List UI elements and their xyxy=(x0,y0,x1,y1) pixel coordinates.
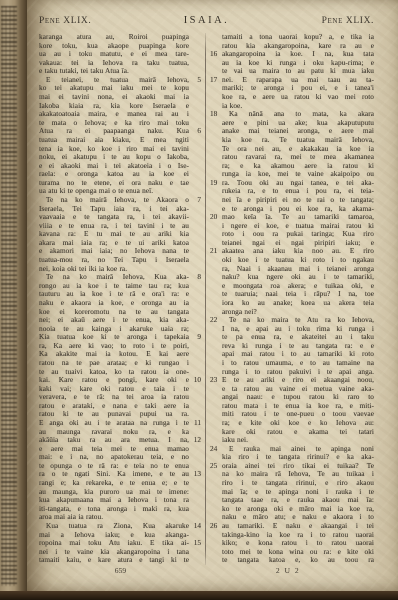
text-line: 22Te na ko maira te Atu ra ko Iehova, xyxy=(209,316,374,325)
text-line: au maunga ravarai noku ra, e ka xyxy=(39,428,202,437)
text-line: Iseraela, Tei Tapu iaia ra, i tei aka- xyxy=(39,205,202,214)
verse-number xyxy=(189,308,202,317)
verse-text: ratou kia akangaropoina, kare ra au e xyxy=(222,42,374,51)
text-line: ratou ki te au punavai pupui ua ra. xyxy=(39,410,202,419)
verse-number xyxy=(189,93,202,102)
verse-text: aere e pini ua ake; kua akaputuputu xyxy=(222,119,374,128)
verse-number xyxy=(189,410,202,419)
verse-number xyxy=(189,316,202,325)
text-line: e ei akaoki mai i tei akatoeia i o Ise- xyxy=(39,162,202,171)
text-line: vakaua: tei ia Iehova ra taku tuatua, xyxy=(39,59,202,68)
text-line: Te na ko mairā Iehova, Kua aka-8 xyxy=(39,273,202,282)
verse-number: 8 xyxy=(189,273,202,282)
verse-number xyxy=(189,102,202,111)
verse-text: aroa mai aia ia ratou. xyxy=(39,513,189,522)
verse-number xyxy=(209,436,222,445)
verse-text: kore toku, kua akaope puapinga kore xyxy=(39,42,189,51)
verse-text: ropoina mai toku Atu iaku. E tika ai- xyxy=(39,539,189,548)
verse-number xyxy=(189,445,202,454)
printer-signature: 2 U 2 xyxy=(202,566,374,575)
verse-number: 7 xyxy=(189,196,202,205)
text-line: kua akapumaana mai a Iehova i tona ra xyxy=(39,496,202,505)
verse-number xyxy=(209,342,222,351)
verse-text: nei, koia oki tei iki ia koe ra. xyxy=(39,265,189,274)
verse-number xyxy=(189,325,202,334)
verse-text: turama no te etene, ei ora naku e tae xyxy=(39,179,189,188)
verse-number xyxy=(189,205,202,214)
verse-text: kavana ra: E tu mai te au ariki kia xyxy=(39,230,189,239)
verse-number xyxy=(189,222,202,231)
verse-number: 11 xyxy=(189,419,202,428)
verse-number: 26 xyxy=(209,522,222,531)
verse-text: noku, ei akatupu i te au kopu o Iakoba, xyxy=(39,153,189,162)
text-line: ropoina mai toku Atu iaku. E tika ai-15 xyxy=(39,539,202,548)
verse-text: Iseraela, Tei Tapu iaia ra, i tei aka- xyxy=(39,205,189,214)
running-head-right: Pene XLIX. xyxy=(229,16,374,26)
text-line: ko te aronga oki e māro mai ia koe ra, xyxy=(209,505,374,514)
left-column: karanga atura au, Roiroi puapingakore to… xyxy=(39,33,202,565)
text-line: raela: e oronga katoa au ia koe ei xyxy=(39,170,202,179)
verse-number xyxy=(189,162,202,171)
text-line: mai īa; e te apinga noni i rauka i te xyxy=(209,488,374,497)
text-line: aroa mai aia ia ratou. xyxy=(39,513,202,522)
verse-text: nei īa e piripiri ei no te rai o te tang… xyxy=(222,196,374,205)
text-line: ratou na te pae arataa; e ki rungao i xyxy=(39,359,202,368)
verse-text: Te na ko mairā Iehova, te Akaora o xyxy=(39,196,189,205)
verse-number xyxy=(189,531,202,540)
verse-number xyxy=(209,299,222,308)
verse-number xyxy=(189,393,202,402)
text-line: kiko; e kona ratou i to ratou uaorai xyxy=(209,539,374,548)
text-line: te tuaruia; naai teia i rāpu? I na, toe xyxy=(209,290,374,299)
text-line: koe ei koreromotu na te au tangata xyxy=(39,308,202,317)
text-line: ra; e kite oki koe e ko Iehova au: xyxy=(209,419,374,428)
text-line: iti-tangata, e tona aronga i maki ra, ku… xyxy=(39,505,202,514)
text-line: nei īa e piripiri ei no te rai o te tang… xyxy=(209,196,374,205)
verse-text: koe ei koreromotu na te au tangata xyxy=(39,308,189,317)
text-line: ia koe. xyxy=(209,102,374,111)
verse-number xyxy=(189,119,202,128)
verse-text: tuatua-mou ra, no Tei Tapu i Iseraela xyxy=(39,256,189,265)
verse-text: ratou ki te au punavai pupui ua ra. xyxy=(39,410,189,419)
text-line: anake mai teianei aronga, e aere mai xyxy=(209,127,374,136)
verse-number xyxy=(189,385,202,394)
verse-number xyxy=(209,145,222,154)
verse-number xyxy=(189,110,202,119)
verse-text: nei i te vaine kia akangaropoina i tana xyxy=(39,548,189,557)
verse-number xyxy=(209,256,222,265)
verse-text: te vai ua maira to au patu ki mua iaku xyxy=(222,67,374,76)
running-head-title: ISAIA. xyxy=(184,15,230,26)
verse-text: kai. Kare ratou e pongi, kare oki e xyxy=(39,376,189,385)
verse-text: iora ko au anake; koea ua akera teia xyxy=(222,299,374,308)
text-line: veravera, e te rā: na tei aroa ia ratou xyxy=(39,393,202,402)
verse-text: oraia ainei tei riro tikai ei tuikaa? Te xyxy=(222,462,374,471)
verse-text: ra, Naai i akaanau mai i teianei aronga xyxy=(222,265,374,274)
text-line: riro i te tangata ririnui, e riro akaou xyxy=(209,479,374,488)
verse-text: anake mai teianei aronga, e aere mai xyxy=(222,127,374,136)
verse-text: iaku nei. xyxy=(222,436,374,445)
verse-number: 6 xyxy=(189,127,202,136)
text-line: te tangata katoa e, ko au toou ra xyxy=(209,556,374,565)
verse-number xyxy=(189,136,202,145)
verse-text: au maunga ravarai noku ra, e ka xyxy=(39,428,189,437)
verse-number xyxy=(189,496,202,505)
verse-number xyxy=(209,350,222,359)
verse-text: I na, e apai au i toku rima ki runga i xyxy=(222,325,374,334)
text-line: akakatoatoaia maira, e manea rai au i xyxy=(39,110,202,119)
verse-number xyxy=(209,488,222,497)
verse-text: naku e māro atu; e naku e akaora i to xyxy=(222,513,374,522)
text-line: angai naau: e tupou ratou ki raro to xyxy=(209,393,374,402)
verse-number xyxy=(209,273,222,282)
verse-number xyxy=(209,239,222,248)
verse-text: vakaua: tei ia Iehova ra taku tuatua, xyxy=(39,59,189,68)
verse-number xyxy=(189,50,202,59)
verse-number xyxy=(189,548,202,557)
verse-number: 13 xyxy=(189,470,202,479)
text-line: reva ki runga i te au tangata ra: e e xyxy=(209,342,374,351)
verse-number xyxy=(209,136,222,145)
verse-text: ko tei akatupu mai iaku mei te kopu xyxy=(39,84,189,93)
verse-number xyxy=(209,333,222,342)
text-line: viiia e te enua ra, i tei tavini i te au xyxy=(39,222,202,231)
verse-text: rongo au ia koe i te taime tau ra; kua xyxy=(39,282,189,291)
verse-number xyxy=(209,67,222,76)
verse-text: ratou na te pae arataa; e ki rungao i xyxy=(39,359,189,368)
text-line: apai mai ratou i to au tamariki ki roto xyxy=(209,350,374,359)
verse-number: 5 xyxy=(189,76,202,85)
verse-number xyxy=(189,179,202,188)
verse-text: runga ia koe, mei te vaine akaipoipo ou xyxy=(222,170,374,179)
verse-number xyxy=(209,222,222,231)
verse-number xyxy=(209,205,222,214)
verse-text: mariki; te aronga i pou ei, e i tanea'i xyxy=(222,84,374,93)
verse-number xyxy=(189,239,202,248)
verse-number xyxy=(209,470,222,479)
verse-text: runga i to ratou pakuivi i te apai anga. xyxy=(222,368,374,377)
text-line: 16akangaropoina ia koe. I na, kua tata xyxy=(209,50,374,59)
verse-text: miti ratou i te one-pueu o toou vaevae xyxy=(222,410,374,419)
verse-text: akara mai iaia ra; e te ui ariki katoa xyxy=(39,239,189,248)
verse-number: 18 xyxy=(209,110,222,119)
text-line: aronga nei? xyxy=(209,308,374,317)
text-line: mai: e i na, no apatokerau teia, e no xyxy=(39,453,202,462)
verse-number xyxy=(209,308,222,317)
verse-text: rangi e; ka rekareka, e te enua e; e te xyxy=(39,479,189,488)
text-line: ratou ravarai ra, mei te mea akamanea xyxy=(209,153,374,162)
verse-text: roto i oou ra pukai taringa; Kua riro xyxy=(222,230,374,239)
verse-text: ratou ravarai ra, mei te mea akamanea xyxy=(222,153,374,162)
page-footer: 659 2 U 2 xyxy=(39,566,374,575)
verse-number xyxy=(189,67,202,76)
verse-text: e te aronga i pou ei koe ra, ka akama- xyxy=(222,205,374,214)
verse-number xyxy=(209,187,222,196)
verse-number xyxy=(209,230,222,239)
text-line: takinga-kino ia koe ra i to ratou uaorai xyxy=(209,531,374,540)
verse-text: ko te aronga oki e māro mai ia koe ra, xyxy=(222,505,374,514)
verse-number xyxy=(209,170,222,179)
verse-number xyxy=(209,548,222,557)
verse-text: i to ratou umauma, e to au tamaine na xyxy=(222,359,374,368)
verse-text: au maunga, kia puroro ua mai te imene: xyxy=(39,488,189,497)
text-line: kia riro i te tangata ririnui? e ka aka- xyxy=(209,453,374,462)
verse-number xyxy=(209,84,222,93)
verse-text: aronga nei? xyxy=(222,308,374,317)
text-line: ratou e arataki, e nana e taki aere ia xyxy=(39,402,202,411)
text-line: iaku nei. xyxy=(209,436,374,445)
verse-text: tamaiti a tona uaorai kopu? a, e tika ia xyxy=(222,33,374,42)
text-line: runga i to ratou pakuivi i te apai anga. xyxy=(209,368,374,377)
text-line: ra; e ka akamou aere ia ratou ki xyxy=(209,162,374,171)
verse-number xyxy=(209,428,222,437)
verse-number xyxy=(189,213,202,222)
verse-text: tamaiti kaiu, e kare atura e tangi ki te xyxy=(39,556,189,565)
verse-number xyxy=(209,42,222,51)
text-line: ra, Ka aere ki vao; to roto i te poiri, xyxy=(39,342,202,351)
text-line: kai. Kare ratou e pongi, kare oki e10 xyxy=(39,376,202,385)
verse-text: e aere mai teia mei te enua mamao xyxy=(39,445,189,454)
text-line: mariki; te aronga i pou ei, e i tanea'i xyxy=(209,84,374,93)
verse-text: i ngere ei koe, e tuatua mairai ratou ki xyxy=(222,222,374,231)
text-line: e te aronga i pou ei koe ra, ka akama- xyxy=(209,205,374,214)
verse-text: tuatua mairai aia kiaku, E mea ngiti xyxy=(39,136,189,145)
text-line: tena ia koe, ko koe i riro mai ei tavini xyxy=(39,145,202,154)
text-line: iora ko au anake; koea ua akera teia xyxy=(209,299,374,308)
text-line: turama no te etene, ei ora naku e tae xyxy=(39,179,202,188)
verse-number xyxy=(189,145,202,154)
book-page: Pene XLIX. ISAIA. Pene XLIX. karanga atu… xyxy=(27,0,398,592)
verse-number xyxy=(209,453,222,462)
verse-text: teianei ngai ei ngai piripiri iaku; e xyxy=(222,239,374,248)
verse-text: tena ia koe, ko koe i riro mai ei tavini xyxy=(39,145,189,154)
verse-text: ua atu ki te openga mai o te enua neī. xyxy=(39,187,189,196)
verse-text: Kua tuatua ra Ziona, Kua akaruke xyxy=(39,522,189,531)
text-line: mai ei tavini nona, ei akaoki mai ia xyxy=(39,93,202,102)
text-line: miti ratou i te one-pueu o toou vaevae xyxy=(209,410,374,419)
text-line: kare oki ratou e akama tei tatari xyxy=(209,428,374,437)
verse-number xyxy=(209,496,222,505)
verse-number xyxy=(189,153,202,162)
text-line: Ka akakite mai ia kotou. E kai aere xyxy=(39,350,202,359)
verse-number xyxy=(189,505,202,514)
facing-page-blurred-print xyxy=(1,6,17,586)
text-line: tuatua mairai aia kiaku, E mea ngiti xyxy=(39,136,202,145)
verse-number xyxy=(189,342,202,351)
verse-text: Te na ko mairā Iehova, Kua aka- xyxy=(39,273,189,282)
text-line: 18Ka nānā ana to mata, ka akara xyxy=(209,110,374,119)
verse-text: rukeia ra, e to enua i pou ra, ei teia- xyxy=(222,187,374,196)
verse-number xyxy=(189,488,202,497)
verse-text: E te au ariki e riro ei akaangai noou, xyxy=(222,376,374,385)
verse-number xyxy=(209,419,222,428)
text-line: nei; ei akaū aere i te enua, kia aka- xyxy=(39,316,202,325)
verse-number xyxy=(209,196,222,205)
verse-text: Te ora nei au, e akakakau ia koe ia xyxy=(222,145,374,154)
text-line: 24E rauka mai ainei te apinga noni xyxy=(209,445,374,454)
text-line: Atua ra ei paapaanga naku. Kua6 xyxy=(39,127,202,136)
verse-number xyxy=(209,479,222,488)
verse-text: Iakoba kiaia ra, kia kore Iseraela e xyxy=(39,102,189,111)
text-line: kavana ra: E tu mai te au ariki kia xyxy=(39,230,202,239)
verse-text: kaki vai; kare oki ratou e taia i te xyxy=(39,385,189,394)
column-divider xyxy=(205,33,206,565)
text-line: e taku tutaki, tei taku Atua īa. xyxy=(39,67,202,76)
text-line: ra, Naai i akaanau mai i teianei aronga xyxy=(209,265,374,274)
text-line: au maunga, kia puroro ua mai te imene: xyxy=(39,488,202,497)
text-line: ua au i toku matutu, e ei mea tare- xyxy=(39,50,202,59)
text-line: e moongata roa akera; e tuikaa oki, e xyxy=(209,282,374,291)
text-line: E teianei, te tuatua mairā Iehova,5 xyxy=(39,76,202,85)
verse-number xyxy=(189,350,202,359)
verse-text: e akamori mai iaia; no Iehova nana te xyxy=(39,247,189,256)
verse-number xyxy=(209,265,222,274)
text-line: Te na ko mairā Iehova, te Akaora o7 xyxy=(39,196,202,205)
text-line: naku e māro atu; e naku e akaora i to xyxy=(209,513,374,522)
text-line: naku? kua ngere oki au i te tamariki, xyxy=(209,273,374,282)
verse-number: 14 xyxy=(189,522,202,531)
verse-text: te opunga o te rā ra: e teia no te enua xyxy=(39,462,189,471)
text-line: rukeia ra, e to enua i pou ra, ei teia- xyxy=(209,187,374,196)
table-surface-edge xyxy=(0,591,398,600)
text-line: aere e pini ua ake; kua akaputuputu xyxy=(209,119,374,128)
verse-text: veravera, e te rā: na tei aroa ia ratou xyxy=(39,393,189,402)
text-line: nei, koia oki tei iki ia koe ra. xyxy=(39,265,202,274)
verse-text: tangata taae ra, e rauka akaou mai īa: xyxy=(222,496,374,505)
verse-number xyxy=(189,265,202,274)
text-line: te vai ua maira to au patu ki mua iaku xyxy=(209,67,374,76)
verse-number: 19 xyxy=(209,179,222,188)
verse-number xyxy=(209,102,222,111)
text-line: kia koe ra. Te tuatua mairā Iehova, xyxy=(209,136,374,145)
verse-number xyxy=(209,282,222,291)
verse-number xyxy=(209,359,222,368)
verse-number xyxy=(189,170,202,179)
verse-number xyxy=(209,402,222,411)
text-line: e akamori mai iaia; no Iehova nana te xyxy=(39,247,202,256)
text-line: noku, ei akatupu i te au kopu o Iakoba, xyxy=(39,153,202,162)
verse-text: te pa enua ra, e akateitei au i taku xyxy=(222,333,374,342)
facing-page-edge xyxy=(0,0,27,600)
text-line: 26au tamariki. E naku e akaangai i tei xyxy=(209,522,374,531)
verse-number: 25 xyxy=(209,462,222,471)
text-line: au ia koe ki runga i oku kapu-rima; e xyxy=(209,59,374,68)
verse-text: Atua ra ei paapaanga naku. Kua xyxy=(39,127,189,136)
verse-number xyxy=(189,84,202,93)
verse-text: nei. E raparapa ua mai taau au ta- xyxy=(222,76,374,85)
verse-number xyxy=(209,368,222,377)
verse-text: oki koe i te tuatua ki roto i to ngakau xyxy=(222,256,374,265)
verse-text: akakatoatoaia maira, e manea rai au i xyxy=(39,110,189,119)
verse-number xyxy=(189,513,202,522)
text-line: 20mao keīa īa. Te au tamariki tamaroa, xyxy=(209,213,374,222)
text-line: karanga atura au, Roiroi puapinga xyxy=(39,33,202,42)
text-line: roto i oou ra pukai taringa; Kua riro xyxy=(209,230,374,239)
verse-text: Te na ko maira te Atu ra ko Iehova, xyxy=(222,316,374,325)
verse-number xyxy=(189,479,202,488)
verse-text: akaatea ana iaku kia noo au. E riro xyxy=(222,247,374,256)
verse-text: riro i te tangata ririnui, e riro akaou xyxy=(222,479,374,488)
text-line: kore toku, kua akaope puapinga kore xyxy=(39,42,202,51)
verse-text: te au tuaivi katoa, ko ta ratou ia one- xyxy=(39,368,189,377)
text-line: rangi e; ka rekareka, e te enua e; e te xyxy=(39,479,202,488)
verse-text: koe ra, e aere ua ratou ki vao mei roto xyxy=(222,93,374,102)
text-line: Kua tuatua ra Ziona, Kua akaruke14 xyxy=(39,522,202,531)
verse-text: akangaropoina ia koe. I na, kua tata xyxy=(222,50,374,59)
verse-number: 20 xyxy=(209,213,222,222)
text-line: te au tuaivi katoa, ko ta ratou ia one- xyxy=(39,368,202,377)
verse-number: 24 xyxy=(209,445,222,454)
text-line: teianei ngai ei ngai piripiri iaku; e xyxy=(209,239,374,248)
text-line: tamaiti a tona uaorai kopu? a, e tika ia xyxy=(209,33,374,42)
verse-text: nei; ei akaū aere i te enua, kia aka- xyxy=(39,316,189,325)
verse-number xyxy=(209,539,222,548)
verse-text: viiia e te enua ra, i tei tavini i te au xyxy=(39,222,189,231)
verse-text: vaavaaia e te tangata ra, i tei akavii- xyxy=(39,213,189,222)
verse-text: naku e akaora ia koe, e oronga au ia xyxy=(39,299,189,308)
text-columns: karanga atura au, Roiroi puapingakore to… xyxy=(39,33,374,565)
verse-text: raela: e oronga katoa au ia koe ei xyxy=(39,170,189,179)
text-line: tamaiti kaiu, e kare atura e tangi ki te xyxy=(39,556,202,565)
verse-number xyxy=(209,162,222,171)
verse-number xyxy=(209,385,222,394)
verse-number xyxy=(189,247,202,256)
verse-text: naku? kua ngere oki au i te tamariki, xyxy=(222,273,374,282)
verse-number xyxy=(209,393,222,402)
right-column: tamaiti a tona uaorai kopu? a, e tika ia… xyxy=(209,33,374,565)
verse-number xyxy=(209,410,222,419)
page-content: Pene XLIX. ISAIA. Pene XLIX. karanga atu… xyxy=(27,0,398,592)
text-line: tangata taae ra, e rauka akaou mai īa: xyxy=(209,496,374,505)
text-line: 23E te au ariki e riro ei akaangai noou, xyxy=(209,376,374,385)
verse-text: e ei akaoki mai i tei akatoeia i o Ise- xyxy=(39,162,189,171)
verse-text: ratou mata i te enua ia koe ra, e miti- xyxy=(222,402,374,411)
verse-text: Ka akakite mai ia kotou. E kai aere xyxy=(39,350,189,359)
text-line: toto mei te kona wina ou ra: e kite oki xyxy=(209,548,374,557)
verse-number xyxy=(209,153,222,162)
text-line: Kia tuatua koe ki te aronga i tapekaia9 xyxy=(39,333,202,342)
text-line: e aere mai teia mei te enua mamao xyxy=(39,445,202,454)
text-line: ratou kia akangaropoina, kare ra au e xyxy=(209,42,374,51)
verse-text: mao keīa īa. Te au tamariki tamaroa, xyxy=(222,213,374,222)
text-line: ua atu ki te openga mai o te enua neī. xyxy=(39,187,202,196)
verse-text: E anga oki au i te arataa na runga i te xyxy=(39,419,189,428)
verse-number xyxy=(209,59,222,68)
verse-number xyxy=(209,531,222,540)
text-line: tuatua-mou ra, no Tei Tapu i Iseraela xyxy=(39,256,202,265)
verse-number xyxy=(189,402,202,411)
verse-text: Kia tuatua koe ki te aronga i tapekaia xyxy=(39,333,189,342)
text-line: akāūia taku ra au ara metua. I na,12 xyxy=(39,436,202,445)
text-line: kaki vai; kare oki ratou e taia i te xyxy=(39,385,202,394)
verse-number xyxy=(189,299,202,308)
verse-number xyxy=(189,282,202,291)
verse-number: 22 xyxy=(209,316,222,325)
verse-number xyxy=(189,428,202,437)
verse-text: Ka nānā ana to mata, ka akara xyxy=(222,110,374,119)
text-line: naku e akaora ia koe, e oronga au ia xyxy=(39,299,202,308)
text-line: 25oraia ainei tei riro tikai ei tuikaa? … xyxy=(209,462,374,471)
verse-text: te tangata katoa e, ko au toou ra xyxy=(222,556,374,565)
verse-text: ia koe. xyxy=(222,102,374,111)
verse-text: mai a Iehova iaku; e kua akanga- xyxy=(39,531,189,540)
page-number: 659 xyxy=(39,566,202,575)
text-line: e ta ratou au vaine ei metua vaine aka- xyxy=(209,385,374,394)
verse-text: au ia koe ki runga i oku kapu-rima; e xyxy=(222,59,374,68)
text-line: i to ratou umauma, e to au tamaine na xyxy=(209,359,374,368)
verse-number: 17 xyxy=(209,76,222,85)
text-line: ratou mata i te enua ia koe ra, e miti- xyxy=(209,402,374,411)
